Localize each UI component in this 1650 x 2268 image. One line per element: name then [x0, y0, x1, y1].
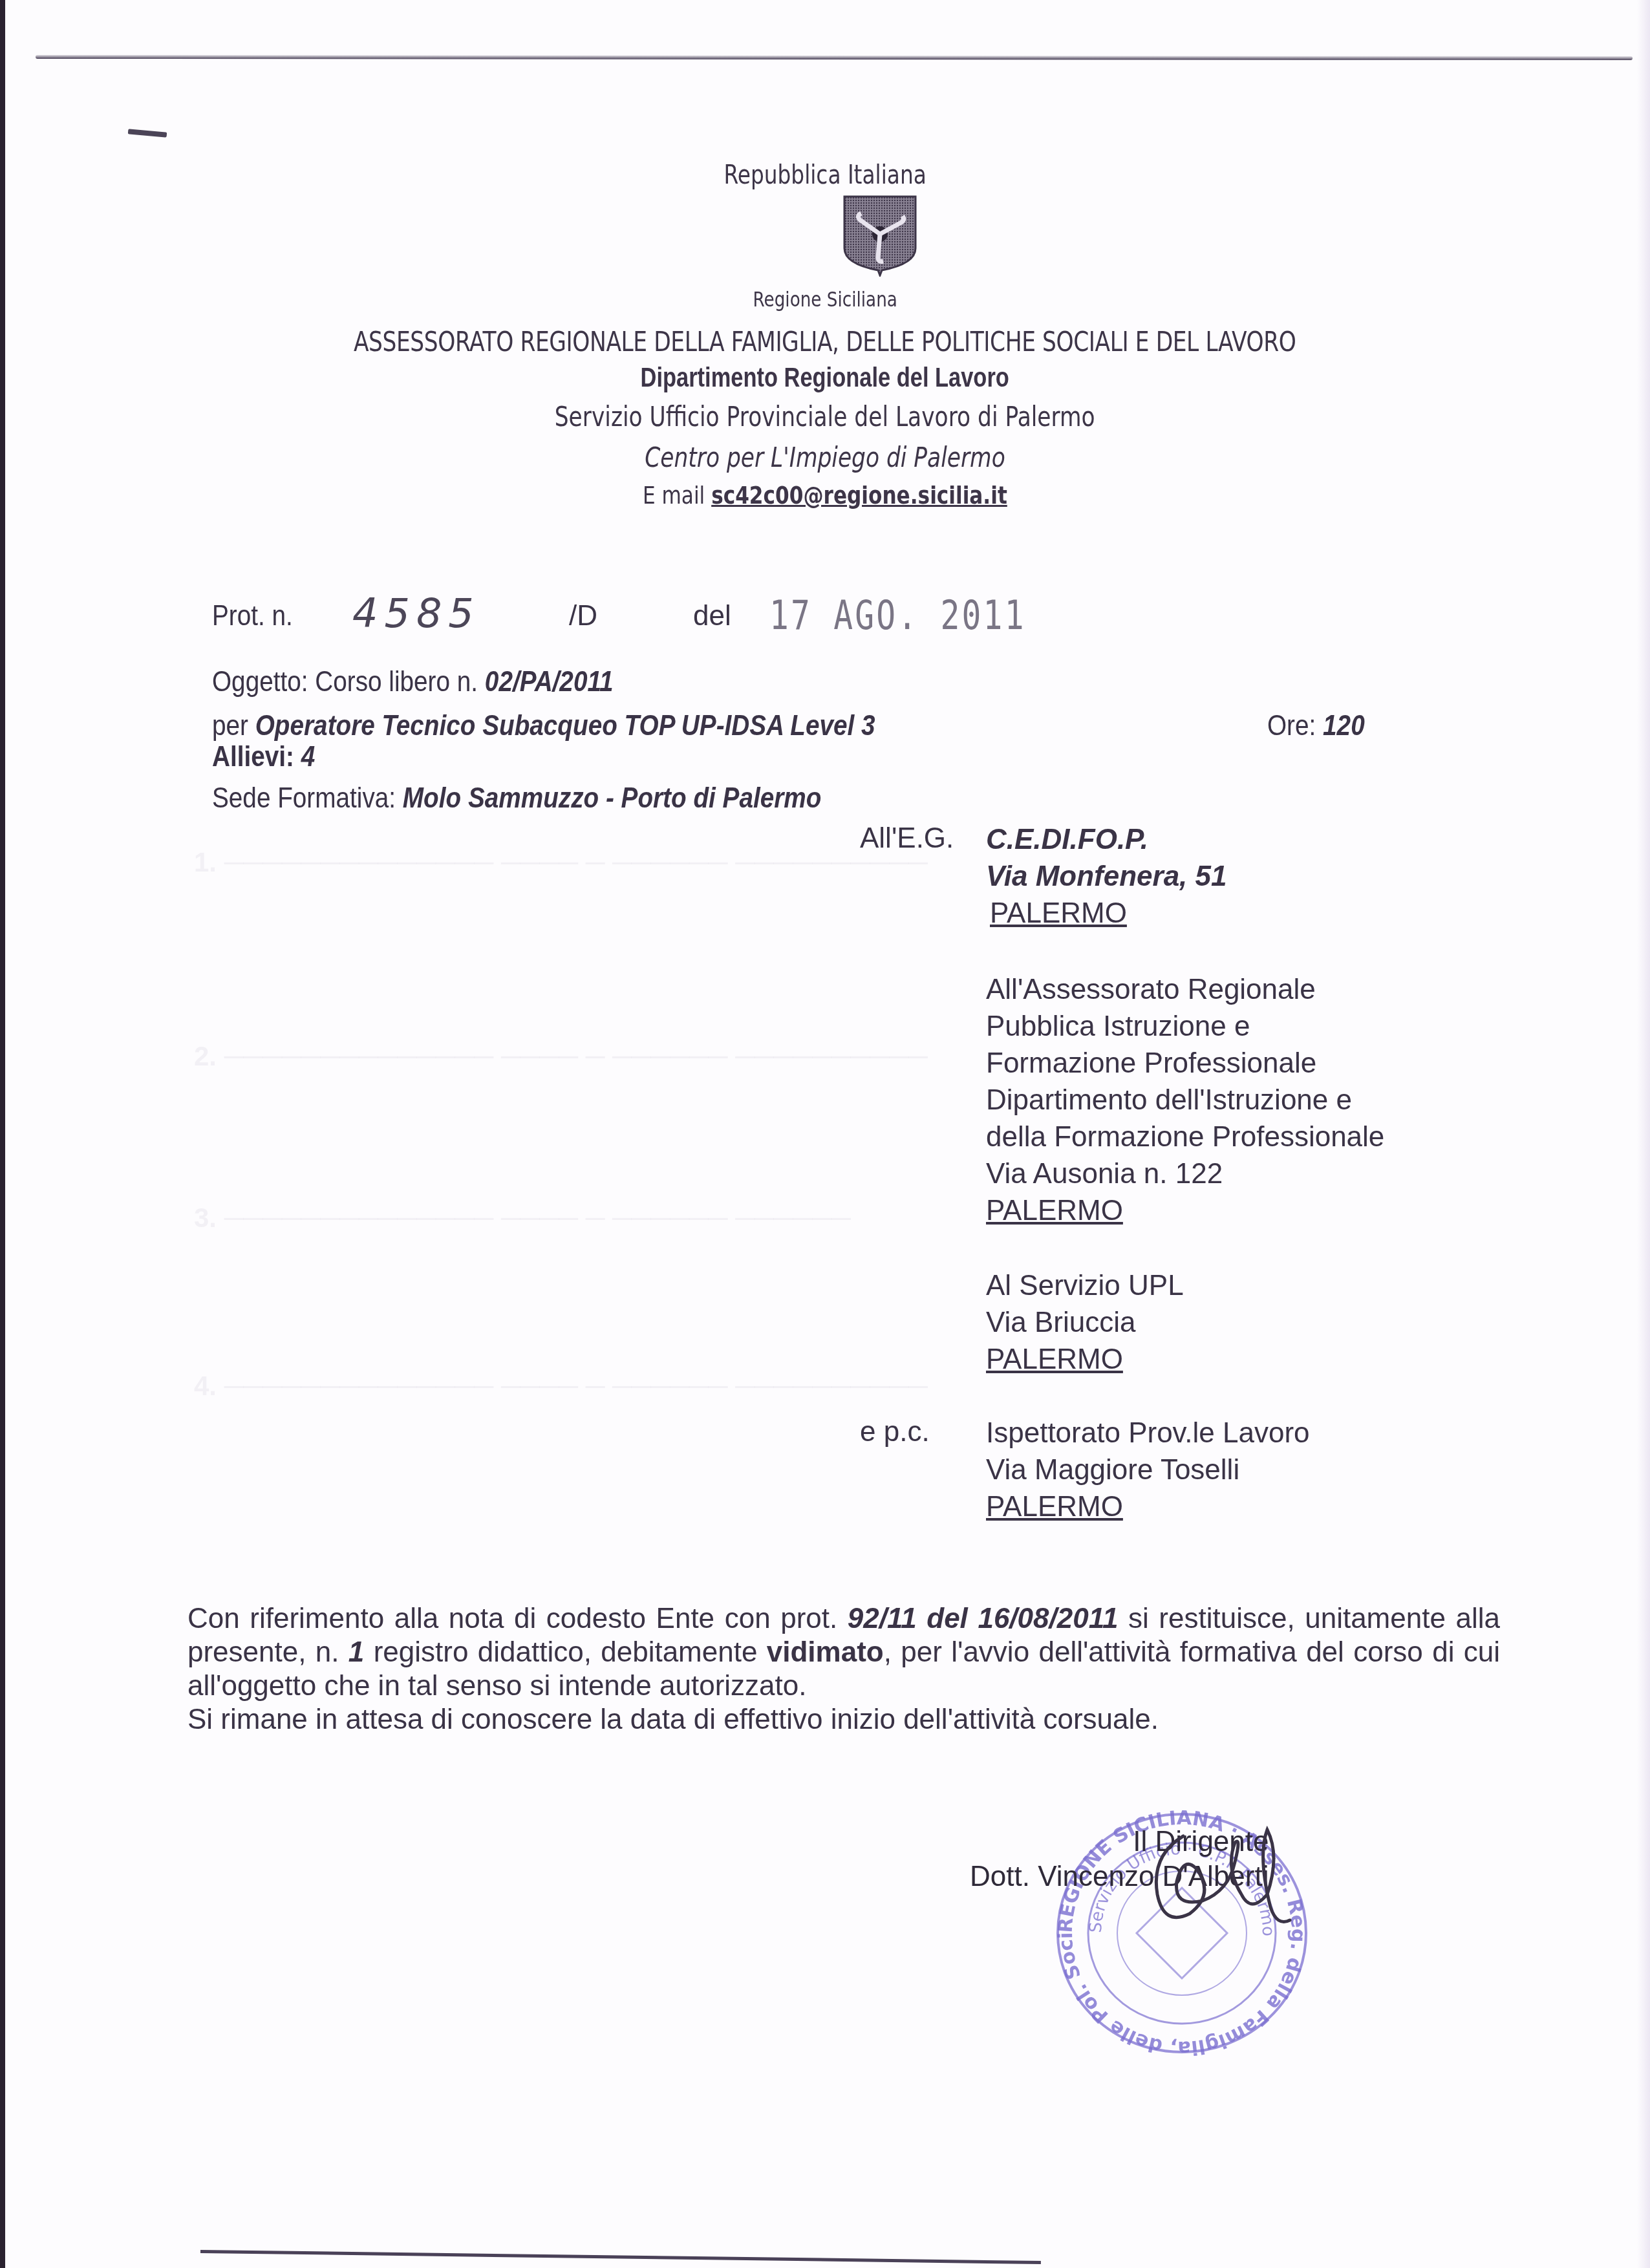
- protocol-date-stamp: 17 AGO. 2011: [769, 592, 1090, 639]
- letterhead-region: Regione Siciliana: [0, 287, 1650, 312]
- letterhead-dipartimento: Dipartimento Regionale del Lavoro: [0, 362, 1650, 393]
- recipient-assessorato-istruzione: All'Assessorato Regionale Pubblica Istru…: [986, 971, 1384, 1229]
- course-title-line: per Operatore Tecnico Subacqueo TOP UP-I…: [212, 710, 966, 742]
- hours-label: Ore:: [1267, 710, 1316, 742]
- subject-label: Oggetto: Corso libero n.: [212, 666, 478, 698]
- email-label: E mail: [643, 481, 705, 509]
- course-title: Operatore Tecnico Subacqueo TOP UP-IDSA …: [255, 710, 875, 742]
- recipient-city: PALERMO: [986, 1341, 1184, 1378]
- recipient-line: Pubblica Istruzione e: [986, 1008, 1384, 1045]
- recipient-line: All'Assessorato Regionale: [986, 971, 1384, 1008]
- recipient-city: PALERMO: [990, 895, 1227, 932]
- recipient-city: PALERMO: [986, 1488, 1310, 1525]
- body-paragraph-1: Con riferimento alla nota di codesto Ent…: [187, 1602, 1500, 1703]
- recipient-line: Ispettorato Prov.le Lavoro: [986, 1415, 1310, 1451]
- show-through-text: 1. ────────────── ──── ─ ────── ────────…: [194, 847, 928, 878]
- letterhead-assessorato: ASSESSORATO REGIONALE DELLA FAMIGLIA, DE…: [0, 326, 1650, 358]
- venue-value: Molo Sammuzzo - Porto di Palermo: [403, 782, 822, 814]
- letterhead-email: E mail sc42c00@regione.sicilia.it: [0, 481, 1650, 510]
- scan-top-edge: [36, 55, 1633, 60]
- venue-label: Sede Formativa:: [212, 782, 396, 814]
- recipient-line: Dipartimento dell'Istruzione e: [986, 1082, 1384, 1118]
- protocol-label: Prot. n.: [212, 600, 304, 632]
- body-text: Con riferimento alla nota di codesto Ent…: [187, 1602, 1500, 1737]
- recipient-ispettorato: Ispettorato Prov.le Lavoro Via Maggiore …: [986, 1415, 1310, 1525]
- recipient-line: Via Briuccia: [986, 1304, 1184, 1341]
- register-count: 1: [348, 1636, 364, 1668]
- students-value: 4: [301, 741, 316, 773]
- students-label: Allievi:: [212, 741, 294, 773]
- handwritten-signature: [1138, 1817, 1306, 1946]
- show-through-text: 2. ────────────── ──── ─ ────── ────────…: [194, 1041, 928, 1072]
- course-number: 02/PA/2011: [485, 666, 614, 698]
- show-through-text: 4. ────────────── ──── ─ ────── ────────…: [194, 1371, 928, 1402]
- hours-value: 120: [1323, 710, 1365, 742]
- recipient-cedifop: C.E.DI.FO.P. Via Monfenera, 51 PALERMO: [986, 821, 1227, 932]
- vidimato-word: vidimato: [767, 1636, 884, 1668]
- recipient-line: Via Maggiore Toselli: [986, 1451, 1310, 1488]
- recipient-line: Via Ausonia n. 122: [986, 1155, 1384, 1192]
- recipient-line: Al Servizio UPL: [986, 1267, 1184, 1304]
- trinacria-crest-icon: [842, 194, 918, 277]
- recipient-servizio-upl: Al Servizio UPL Via Briuccia PALERMO: [986, 1267, 1184, 1378]
- email-link[interactable]: sc42c00@regione.sicilia.it: [711, 481, 1007, 509]
- show-through-text: 3. ────────────── ──── ─ ────── ──────: [194, 1203, 851, 1234]
- recipient-line: Via Monfenera, 51: [986, 858, 1227, 895]
- venue-line: Sede Formativa: Molo Sammuzzo - Porto di…: [212, 782, 905, 815]
- protocol-date-label: del: [693, 600, 731, 632]
- letterhead-servizio: Servizio Ufficio Provinciale del Lavoro …: [0, 401, 1650, 433]
- hours-line: Ore: 120: [1267, 710, 1378, 742]
- protocol-suffix: /D: [569, 600, 597, 632]
- recipient-city: PALERMO: [986, 1192, 1384, 1229]
- students-line: Allievi: 4: [212, 741, 329, 773]
- recipient-line: Formazione Professionale: [986, 1045, 1384, 1082]
- reference-protocol: 92/11 del 16/08/2011: [848, 1603, 1119, 1634]
- subject-line: Oggetto: Corso libero n. 02/PA/2011: [212, 666, 668, 698]
- recipient-line: C.E.DI.FO.P.: [986, 821, 1227, 858]
- cc-prefix: e p.c.: [860, 1416, 930, 1448]
- protocol-number-handwritten: 4585: [352, 590, 480, 637]
- letterhead-centro: Centro per L'Impiego di Palermo: [0, 442, 1650, 473]
- recipient-line: della Formazione Professionale: [986, 1118, 1384, 1155]
- letterhead-republic: Repubblica Italiana: [0, 160, 1650, 190]
- recipient-prefix: All'E.G.: [860, 822, 954, 855]
- scan-bottom-edge: [200, 2250, 1041, 2264]
- body-paragraph-2: Si rimane in attesa di conoscere la data…: [187, 1703, 1500, 1737]
- margin-mark: [128, 129, 167, 137]
- per-label: per: [212, 710, 248, 742]
